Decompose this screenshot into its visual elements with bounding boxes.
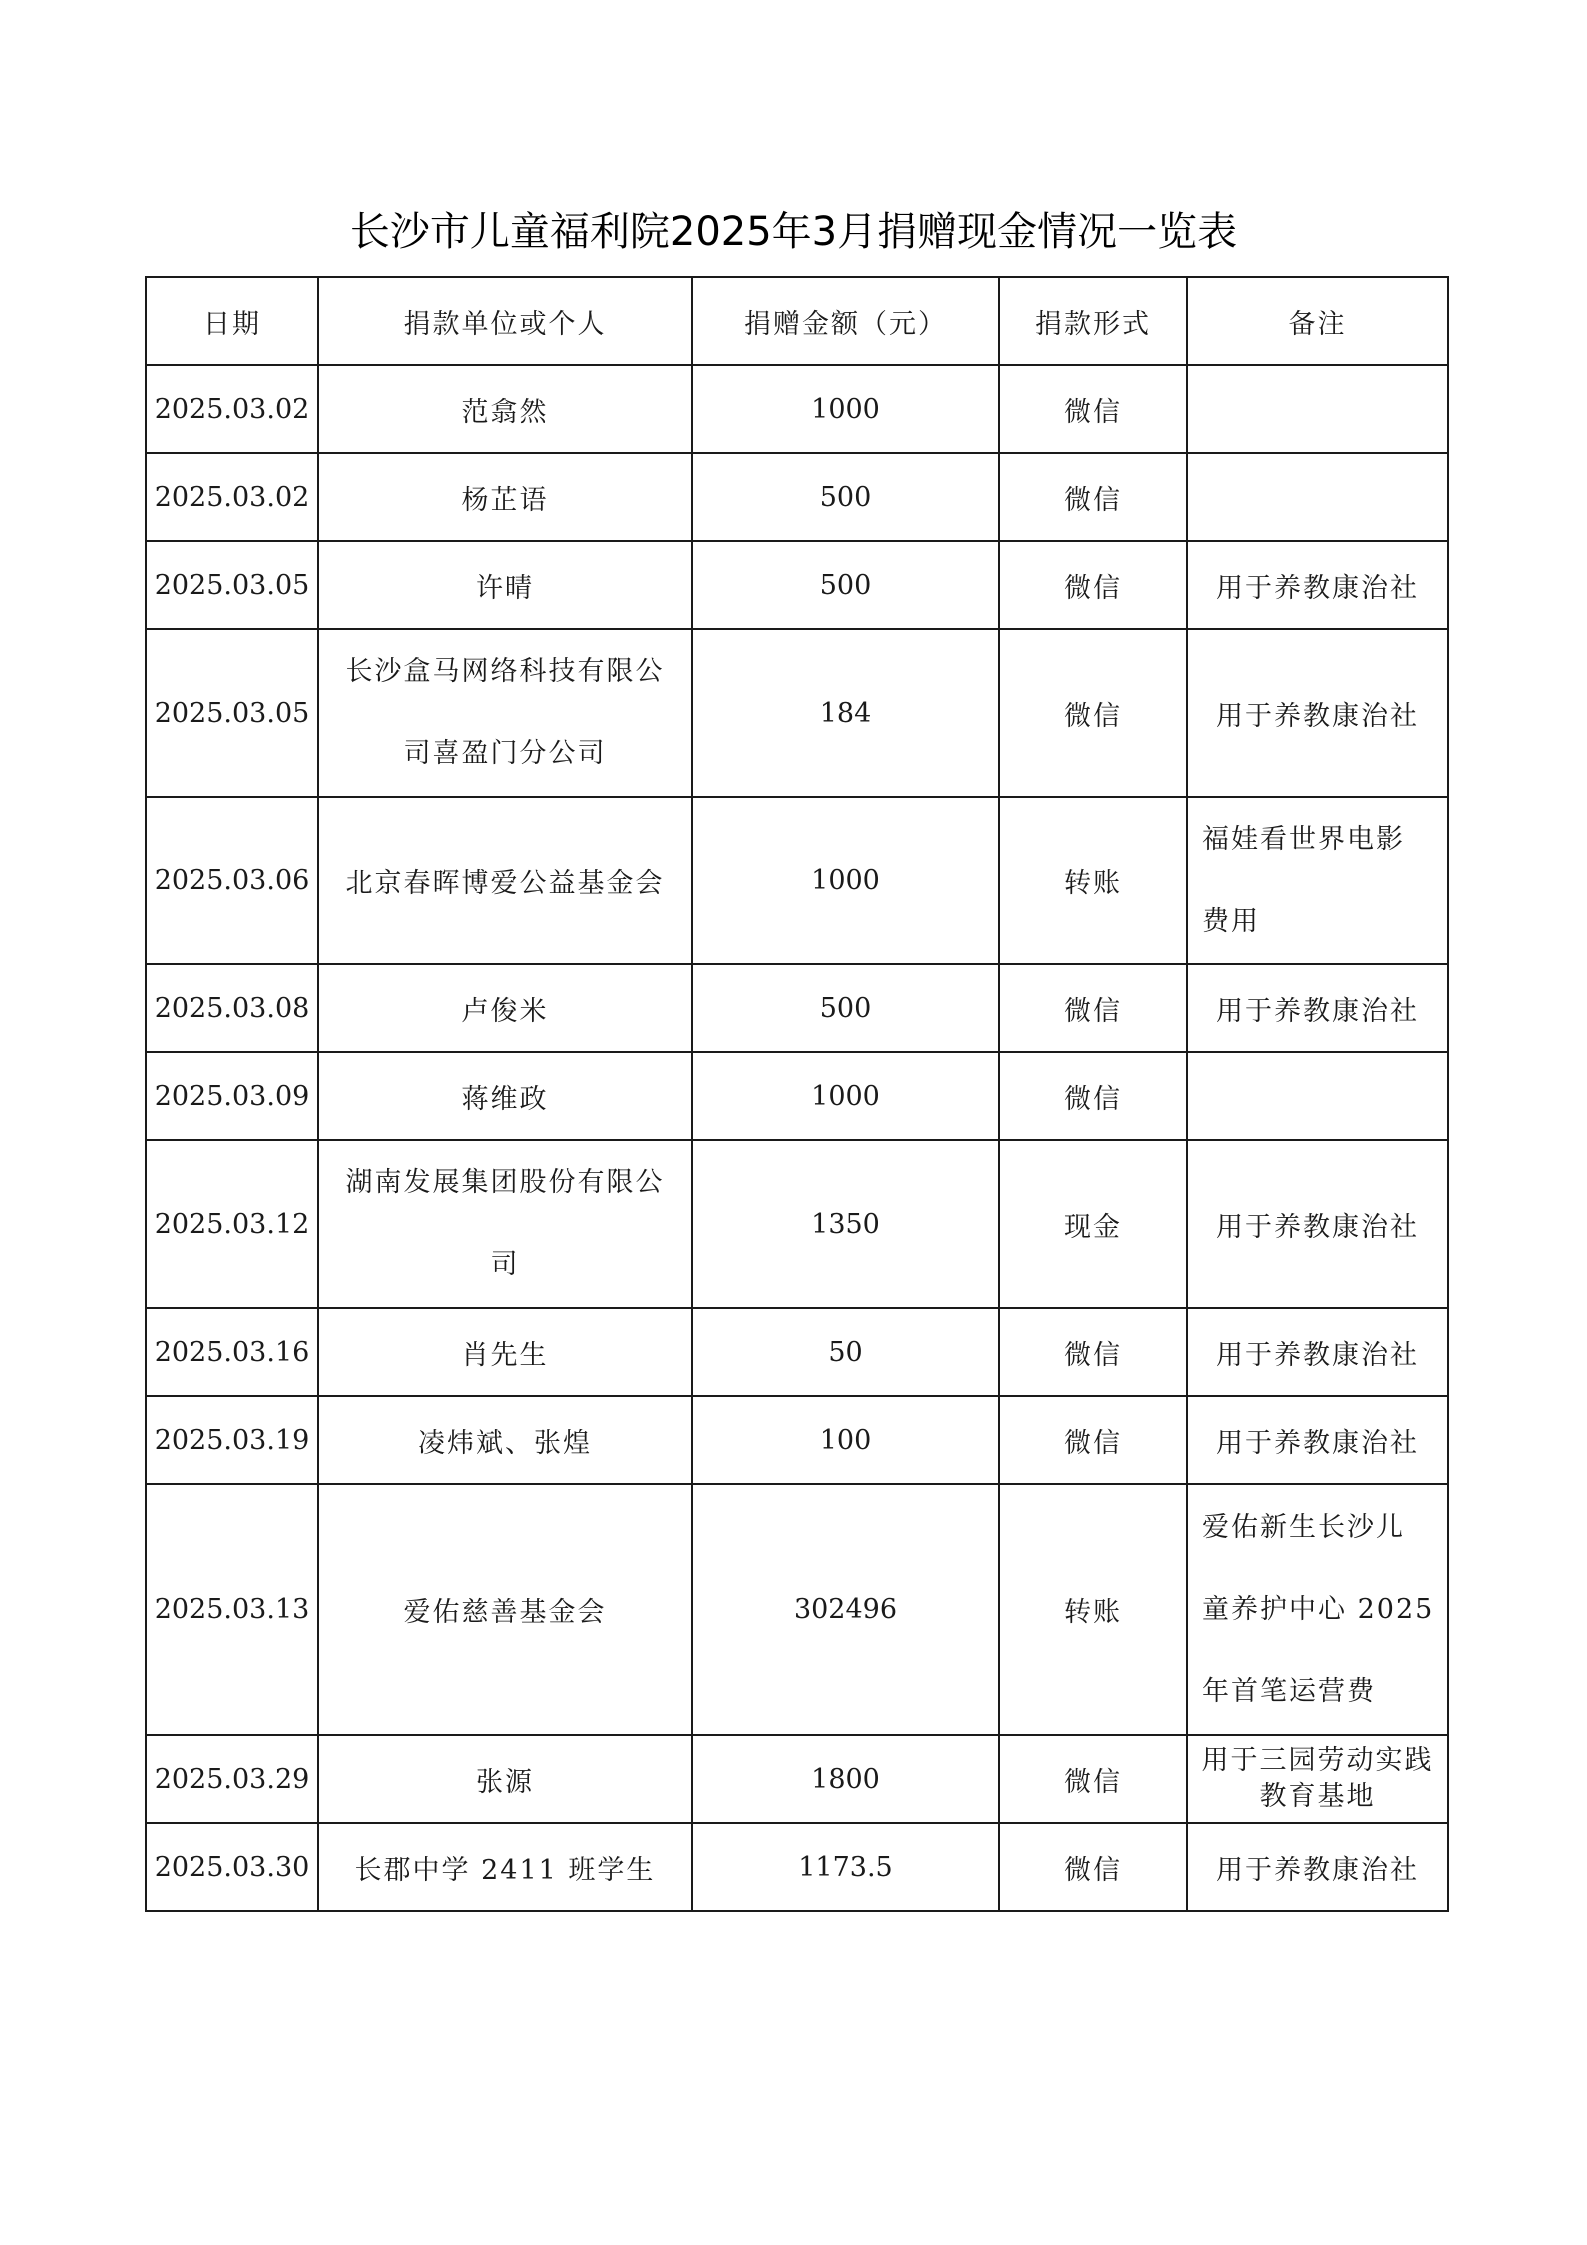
cell-amount: 500 <box>692 964 999 1052</box>
table-row: 2025.03.30 长郡中学 2411 班学生 1173.5 微信 用于养教康… <box>146 1823 1448 1911</box>
cell-donor: 湖南发展集团股份有限公 司 <box>318 1140 692 1308</box>
cell-amount: 1800 <box>692 1735 999 1823</box>
cell-amount: 50 <box>692 1308 999 1396</box>
cell-remark: 用于养教康治社 <box>1187 1308 1448 1396</box>
cell-date: 2025.03.09 <box>146 1052 318 1140</box>
table-row: 2025.03.06 北京春晖博爱公益基金会 1000 转账 福娃看世界电影 费… <box>146 797 1448 964</box>
cell-remark: 用于养教康治社 <box>1187 1396 1448 1484</box>
cell-remark: 爱佑新生长沙儿 童养护中心 2025 年首笔运营费 <box>1187 1484 1448 1735</box>
cell-remark: 用于养教康治社 <box>1187 1823 1448 1911</box>
donor-line: 湖南发展集团股份有限公 <box>346 1142 665 1224</box>
cell-remark: 用于养教康治社 <box>1187 541 1448 629</box>
cell-method: 转账 <box>999 1484 1187 1735</box>
remark-line: 童养护中心 2025 <box>1202 1569 1434 1651</box>
cell-remark: 用于养教康治社 <box>1187 964 1448 1052</box>
cell-method: 微信 <box>999 1735 1187 1823</box>
cell-method: 微信 <box>999 1052 1187 1140</box>
cell-donor: 许晴 <box>318 541 692 629</box>
cell-amount: 1000 <box>692 365 999 453</box>
donor-line: 长沙盒马网络科技有限公 <box>346 631 665 713</box>
table-row: 2025.03.12 湖南发展集团股份有限公 司 1350 现金 用于养教康治社 <box>146 1140 1448 1308</box>
cell-donor: 范翕然 <box>318 365 692 453</box>
cell-remark: 用于养教康治社 <box>1187 1140 1448 1308</box>
table-row: 2025.03.05 许晴 500 微信 用于养教康治社 <box>146 541 1448 629</box>
cell-amount: 100 <box>692 1396 999 1484</box>
cell-donor: 长沙盒马网络科技有限公 司喜盈门分公司 <box>318 629 692 797</box>
cell-method: 现金 <box>999 1140 1187 1308</box>
cell-amount: 1173.5 <box>692 1823 999 1911</box>
cell-amount: 1000 <box>692 1052 999 1140</box>
cell-amount: 184 <box>692 629 999 797</box>
table-row: 2025.03.08 卢俊米 500 微信 用于养教康治社 <box>146 964 1448 1052</box>
table-row: 2025.03.09 蒋维政 1000 微信 <box>146 1052 1448 1140</box>
cell-amount: 500 <box>692 453 999 541</box>
donor-line: 司喜盈门分公司 <box>404 713 607 795</box>
cell-date: 2025.03.19 <box>146 1396 318 1484</box>
donation-table: 日期 捐款单位或个人 捐赠金额（元） 捐款形式 备注 2025.03.02 范翕… <box>145 276 1449 1912</box>
page-title: 长沙市儿童福利院2025年3月捐赠现金情况一览表 <box>0 204 1587 260</box>
cell-method: 微信 <box>999 1396 1187 1484</box>
cell-method: 微信 <box>999 1308 1187 1396</box>
remark-line: 爱佑新生长沙儿 <box>1202 1487 1405 1569</box>
header-date: 日期 <box>146 277 318 365</box>
cell-donor: 爱佑慈善基金会 <box>318 1484 692 1735</box>
cell-donor: 杨芷语 <box>318 453 692 541</box>
cell-donor: 卢俊米 <box>318 964 692 1052</box>
cell-method: 微信 <box>999 629 1187 797</box>
remark-line: 用于三园劳动实践 <box>1202 1743 1434 1779</box>
cell-date: 2025.03.05 <box>146 629 318 797</box>
cell-amount: 500 <box>692 541 999 629</box>
cell-method: 微信 <box>999 1823 1187 1911</box>
table-row: 2025.03.16 肖先生 50 微信 用于养教康治社 <box>146 1308 1448 1396</box>
cell-donor: 凌炜斌、张煌 <box>318 1396 692 1484</box>
cell-remark <box>1187 365 1448 453</box>
cell-date: 2025.03.16 <box>146 1308 318 1396</box>
cell-remark: 福娃看世界电影 费用 <box>1187 797 1448 964</box>
cell-remark: 用于养教康治社 <box>1187 629 1448 797</box>
cell-date: 2025.03.13 <box>146 1484 318 1735</box>
cell-date: 2025.03.12 <box>146 1140 318 1308</box>
cell-date: 2025.03.05 <box>146 541 318 629</box>
table-row: 2025.03.05 长沙盒马网络科技有限公 司喜盈门分公司 184 微信 用于… <box>146 629 1448 797</box>
cell-method: 微信 <box>999 453 1187 541</box>
cell-date: 2025.03.02 <box>146 453 318 541</box>
cell-donor: 肖先生 <box>318 1308 692 1396</box>
cell-donor: 张源 <box>318 1735 692 1823</box>
cell-remark: 用于三园劳动实践 教育基地 <box>1187 1735 1448 1823</box>
table-row: 2025.03.02 范翕然 1000 微信 <box>146 365 1448 453</box>
cell-amount: 1350 <box>692 1140 999 1308</box>
remark-line: 年首笔运营费 <box>1202 1651 1376 1733</box>
remark-line: 福娃看世界电影 <box>1202 799 1405 881</box>
cell-donor: 蒋维政 <box>318 1052 692 1140</box>
header-amount: 捐赠金额（元） <box>692 277 999 365</box>
cell-date: 2025.03.29 <box>146 1735 318 1823</box>
cell-date: 2025.03.06 <box>146 797 318 964</box>
table-row: 2025.03.29 张源 1800 微信 用于三园劳动实践 教育基地 <box>146 1735 1448 1823</box>
cell-donor: 北京春晖博爱公益基金会 <box>318 797 692 964</box>
table-row: 2025.03.19 凌炜斌、张煌 100 微信 用于养教康治社 <box>146 1396 1448 1484</box>
remark-line: 费用 <box>1202 881 1260 963</box>
header-remark: 备注 <box>1187 277 1448 365</box>
cell-method: 转账 <box>999 797 1187 964</box>
table-row: 2025.03.02 杨芷语 500 微信 <box>146 453 1448 541</box>
header-method: 捐款形式 <box>999 277 1187 365</box>
cell-amount: 1000 <box>692 797 999 964</box>
cell-date: 2025.03.02 <box>146 365 318 453</box>
cell-method: 微信 <box>999 365 1187 453</box>
cell-method: 微信 <box>999 541 1187 629</box>
header-donor: 捐款单位或个人 <box>318 277 692 365</box>
cell-method: 微信 <box>999 964 1187 1052</box>
table-header-row: 日期 捐款单位或个人 捐赠金额（元） 捐款形式 备注 <box>146 277 1448 365</box>
cell-donor: 长郡中学 2411 班学生 <box>318 1823 692 1911</box>
cell-remark <box>1187 453 1448 541</box>
cell-date: 2025.03.08 <box>146 964 318 1052</box>
cell-remark <box>1187 1052 1448 1140</box>
cell-amount: 302496 <box>692 1484 999 1735</box>
cell-date: 2025.03.30 <box>146 1823 318 1911</box>
remark-line: 教育基地 <box>1260 1779 1376 1815</box>
table-row: 2025.03.13 爱佑慈善基金会 302496 转账 爱佑新生长沙儿 童养护… <box>146 1484 1448 1735</box>
donor-line: 司 <box>491 1224 520 1306</box>
